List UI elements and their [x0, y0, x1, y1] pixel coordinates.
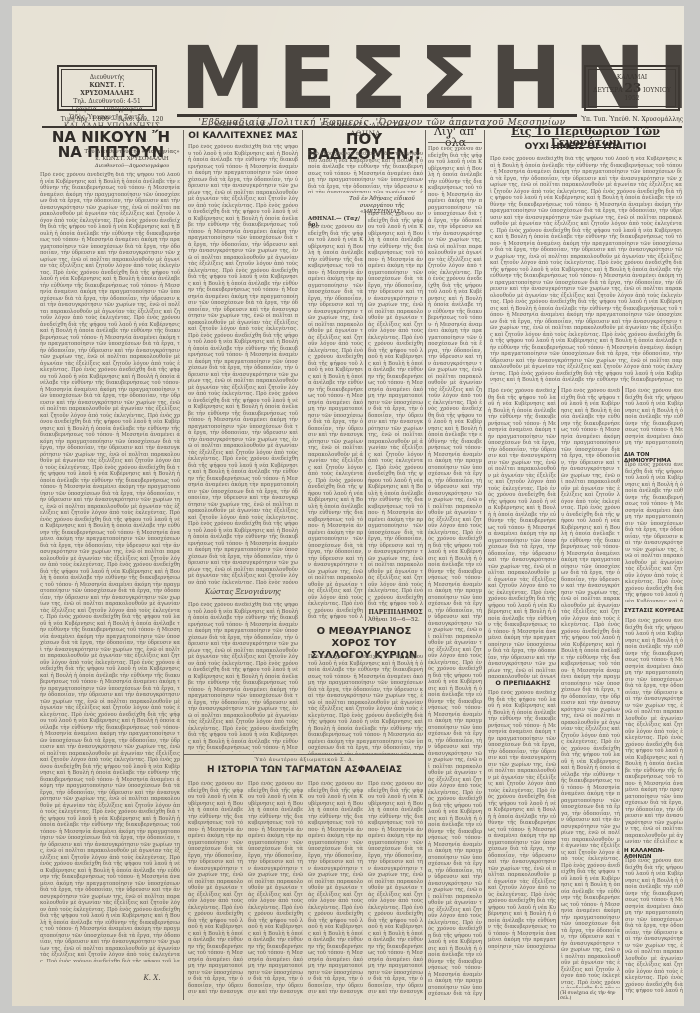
article8-body: Πρὸ ἑνὸς χρόνου ἀνεδείχθη διὰ τῆς ψήφου …	[488, 690, 556, 950]
article5-subhead: ΟΥΧΙ ΗΜΕΙΣ ΟΙ ΥΠΑΙΤΙΟΙ	[488, 143, 683, 152]
article-divider	[184, 754, 424, 755]
publisher-name: ΚΩΝΣΤ. Γ. ΧΡΥΣΟΜΑΛΛΗΣ	[62, 82, 152, 98]
newspaper-page: Διευθυντής ΚΩΝΣΤ. Γ. ΧΡΥΣΟΜΑΛΛΗΣ Τηλ. Δι…	[12, 6, 684, 1006]
article5-body: Πρὸ ἑνὸς χρόνου ἀνεδείχθη διὰ τῆς ψήφου …	[490, 156, 682, 384]
column-divider	[365, 211, 366, 621]
masthead-rule	[177, 114, 577, 117]
article2-headline: ΟΙ ΚΑΛΛΙΤΕΧΝΕΣ ΜΑΣ	[185, 132, 301, 141]
article5-body-mid: Πρὸ ἑνὸς χρόνου ἀνεδείχθη διὰ τῆς ψήφου …	[561, 388, 620, 988]
article8-headline: Ο ΠΡΕΠΙΔΑΚΗΣ	[488, 680, 558, 687]
article-divider	[212, 598, 272, 599]
article7-headline: Η ΙΣΤΟΡΙΑ ΤΩΝ ΤΑΓΜΑΤΩΝ ΑΣΦΑΛΕΙΑΣ	[187, 766, 422, 775]
article3-body-left: Πρὸ ἑνὸς χρόνου ἀνεδείχθη διὰ τῆς ψήφου …	[308, 224, 363, 619]
article7-kicker: Ὑπὸ ἀνωτέρου ἀξιωματικοῦ Σ. Δ.	[187, 757, 422, 763]
article7-body-1: Πρὸ ἑνὸς χρόνου ἀνεδείχθη διὰ τῆς ψήφου …	[188, 781, 243, 996]
column-divider	[183, 130, 184, 1000]
column-divider	[302, 130, 303, 750]
publisher-label: Διευθυντής	[62, 74, 152, 82]
column-divider	[484, 130, 485, 1000]
article2-body: Πρὸ ἑνὸς χρόνου ἀνεδείχθη διὰ τῆς ψήφου …	[188, 144, 298, 584]
article-divider	[428, 142, 482, 143]
article1-byline2: Διευθυντοῦ—Δημοσιογράφου	[82, 163, 182, 169]
column-divider	[425, 130, 426, 1000]
article6-body: Πρὸ ἑνὸς χρόνου ἀνεδείχθη διὰ τῆς ψήφου …	[308, 654, 423, 754]
article2b-body: Πρὸ ἑνὸς χρόνου ἀνεδείχθη διὰ τῆς ψήφου …	[188, 602, 298, 752]
article3-date: Ἀθῆναι 16—6—52.	[368, 617, 423, 623]
article1-signature: Κ. Χ.	[132, 974, 172, 982]
article3-body-right: Πρὸ ἑνὸς χρόνου ἀνεδείχθη διὰ τῆς ψήφου …	[368, 211, 423, 606]
article4-headline: Λίγ' ἀπ' ὅλα	[428, 126, 483, 148]
continuation-note: (Ἡ συνέχεια εἰς τὴν 4ην σελ.)	[560, 991, 622, 1001]
date-year: 1952	[589, 95, 675, 103]
right-col-body: Πρὸ ἑνὸς χρόνου ἀνεδείχθη διὰ τῆς ψήφου …	[625, 388, 683, 448]
article10-headline: ΣΥΣΤΑΣΙΣ ΚΟΥΡΕΑΣ	[624, 608, 684, 614]
article7-body-2: Πρὸ ἑνὸς χρόνου ἀνεδείχθη διὰ τῆς ψήφου …	[248, 781, 303, 996]
article9-body: Πρὸ ἑνὸς χρόνου ἀνεδείχθη διὰ τῆς ψήφου …	[625, 462, 683, 602]
article1-byline: Τοῦ Διευθυντοῦ τῆς «Μεσσηνίας» κ. ΚΩΝΣΤ.…	[82, 149, 182, 162]
article7-body-3: Πρὸ ἑνὸς χρόνου ἀνεδείχθη διὰ τῆς ψήφου …	[308, 781, 363, 996]
article4-body: Πρὸ ἑνὸς χρόνου ἀνεδείχθη διὰ τῆς ψήφου …	[428, 146, 482, 996]
column-divider	[558, 386, 559, 1000]
article3-lead: Πρὸ ἑνὸς χρόνου ἀνεδείχθη διὰ τῆς ψήφου …	[308, 151, 423, 193]
article3-signature: ΠΑΡΕΠΙΔΗΜΟΣ	[368, 609, 423, 616]
editor-line: Ὑπ. Τυπ. Ὑπεύθ. Ν. Χρυσομάλλης	[577, 116, 687, 123]
date-line: ΔΕΥΤΕΡΑ 23 ΙΟΥΝΙΟΥ	[589, 84, 675, 95]
publisher-offices: Γραφεῖα - Τυπογραφεῖα	[62, 106, 152, 114]
date-weekday: ΔΕΥΤΕΡΑ	[593, 87, 622, 94]
article1-body: Πρὸ ἑνὸς χρόνου ἀνεδείχθη διὰ τῆς ψήφου …	[40, 172, 180, 962]
column-divider	[622, 386, 623, 1000]
publisher-phone: Τηλ. Διευθυντοῦ: 4-51	[62, 98, 152, 106]
publisher-box: Διευθυντής ΚΩΝΣΤ. Γ. ΧΡΥΣΟΜΑΛΛΗΣ Τηλ. Δι…	[57, 65, 157, 111]
article2-kicker: ΜΕΣΣΗΝΙΑΚΑ	[187, 122, 299, 130]
date-day: 23	[624, 81, 641, 95]
date-box: ΚΑΛΑΜΑΙ ΔΕΥΤΕΡΑ 23 ΙΟΥΝΙΟΥ 1952	[584, 65, 680, 111]
date-month: ΙΟΥΝΙΟΥ	[643, 87, 671, 94]
article7-body-4: Πρὸ ἑνὸς χρόνου ἀνεδείχθη διὰ τῆς ψήφου …	[368, 781, 423, 996]
article10-body: Πρὸ ἑνὸς χρόνου ἀνεδείχθη διὰ τῆς ψήφου …	[625, 618, 683, 843]
article11-body: Πρὸ ἑνὸς χρόνου ἀνεδείχθη διὰ τῆς ψήφου …	[625, 858, 683, 993]
article2-signature: Κώστας Ξενογιάννης	[188, 588, 298, 596]
article5-body-left: Πρὸ ἑνὸς χρόνου ἀνεδείχθη διὰ τῆς ψήφου …	[488, 388, 556, 678]
